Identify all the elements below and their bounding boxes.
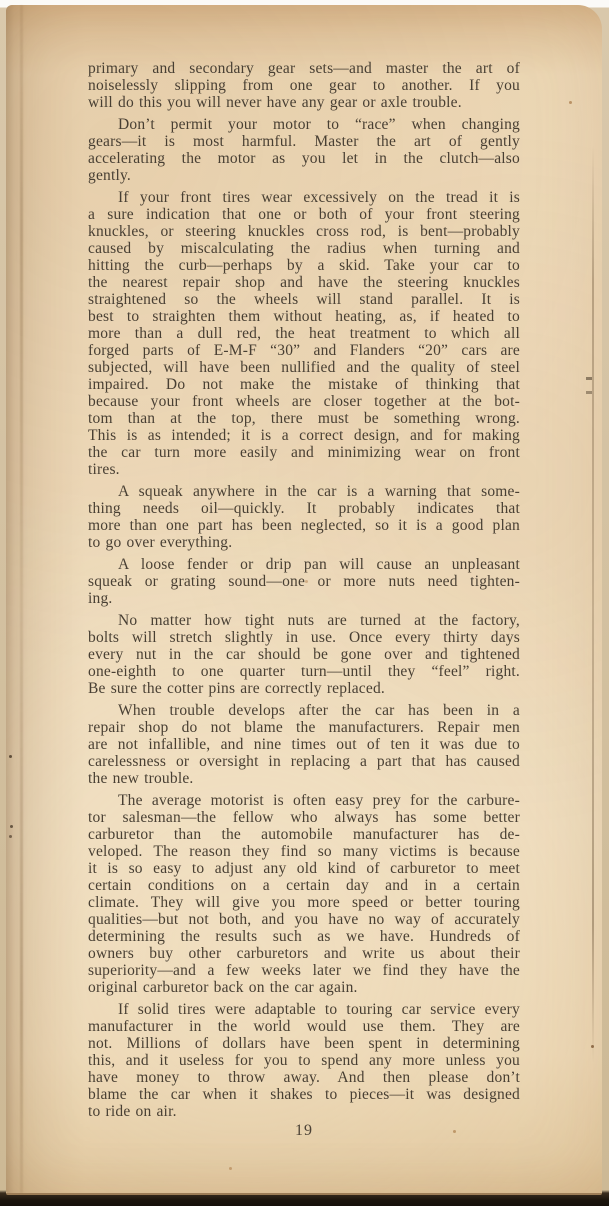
text-line: If your front tires wear excessively on … [88,189,520,206]
text-line: tires. [88,461,520,478]
paragraph: A squeak anywhere in the car is a warnin… [88,483,520,551]
binding-stitch-dots [9,755,12,758]
text-line: ing. [88,590,520,607]
binding-shadow [6,5,86,1193]
text-line: veloped. The reason they find so many vi… [88,843,520,860]
text-line: a sure indication that one or both of yo… [88,206,520,223]
text-line: The average motorist is often easy prey … [88,792,520,809]
text-line: every nut in the car should be gone over… [88,646,520,663]
paragraph: A loose fender or drip pan will cause an… [88,556,520,607]
text-line: certain conditions on a certain day and … [88,877,520,894]
text-line: impaired. Do not make the mistake of thi… [88,376,520,393]
text-line: tom than at the top, there must be somet… [88,410,520,427]
text-line: A loose fender or drip pan will cause an… [88,556,520,573]
text-line: subjected, will have been nullified and … [88,359,520,376]
text-line: because your front wheels are closer tog… [88,393,520,410]
text-line: qualities—but not both, and you have no … [88,911,520,928]
text-line: forged parts of E-M-F “30” and Flanders … [88,342,520,359]
text-line: superiority—and a few weeks later we fin… [88,962,520,979]
text-line: carburetor than the automobile manufactu… [88,826,520,843]
text-line: the nearest repair shop and have the ste… [88,274,520,291]
text-line: to ride on air. [88,1103,520,1120]
page-right-edge [592,145,594,1063]
text-line: gears—it is most harmful. Master the art… [88,133,520,150]
text-line: A squeak anywhere in the car is a warnin… [88,483,520,500]
text-line: will do this you will never have any gea… [88,94,520,111]
text-line: Don’t permit your motor to “race” when c… [88,116,520,133]
text-line: more than a dull red, the heat treatment… [88,325,520,342]
paragraph: If solid tires were adaptable to touring… [88,1001,520,1120]
text-line: squeak or grating sound—one or more nuts… [88,573,520,590]
text-line: When trouble develops after the car has … [88,702,520,719]
text-block: primary and secondary gear sets—and mast… [88,60,520,1125]
text-line: owners buy other carburetors and write u… [88,945,520,962]
text-line: the new trouble. [88,770,520,787]
text-line: No matter how tight nuts are turned at t… [88,612,520,629]
text-line: one-eighth to one quarter turn—until the… [88,663,520,680]
text-line: If solid tires were adaptable to touring… [88,1001,520,1018]
text-line: are not infallible, and nine times out o… [88,736,520,753]
text-line: thing needs oil—quickly. It probably ind… [88,500,520,517]
text-line: primary and secondary gear sets—and mast… [88,60,520,77]
paragraph: primary and secondary gear sets—and mast… [88,60,520,111]
text-line: original carburetor back on the car agai… [88,979,520,996]
text-line: bolts will stretch slightly in use. Once… [88,629,520,646]
paragraph: If your front tires wear excessively on … [88,189,520,478]
text-line: straightened so the wheels will stand pa… [88,291,520,308]
paragraph: No matter how tight nuts are turned at t… [88,612,520,697]
text-line: carelessness or oversight in replacing a… [88,753,520,770]
text-line: repair shop do not blame the manufacture… [88,719,520,736]
text-line: climate. They will give you more speed o… [88,894,520,911]
text-line: best to straighten them without heating,… [88,308,520,325]
text-line: not. Millions of dollars have been spent… [88,1035,520,1052]
text-line: determining the results such as we have.… [88,928,520,945]
text-line: This is as intended; it is a correct des… [88,427,520,444]
text-line: have money to throw away. And then pleas… [88,1069,520,1086]
text-line: this, and it useless for you to spend an… [88,1052,520,1069]
text-line: the car turn more easily and minimizing … [88,444,520,461]
text-line: caused by miscalculating the radius when… [88,240,520,257]
paragraph: When trouble develops after the car has … [88,702,520,787]
text-line: to go over everything. [88,534,520,551]
text-line: more than one part has been neglected, s… [88,517,520,534]
paragraph: Don’t permit your motor to “race” when c… [88,116,520,184]
binding-crease [20,5,23,1193]
text-line: hitting the curb—perhaps by a skid. Take… [88,257,520,274]
text-line: noiselessly slipping from one gear to an… [88,77,520,94]
page-edge-marks [586,377,592,380]
text-line: gently. [88,167,520,184]
text-line: tor salesman—the fellow who always has s… [88,809,520,826]
text-line: blame the car when it shakes to pieces—i… [88,1086,520,1103]
page-number: 19 [88,1122,520,1140]
paragraph: The average motorist is often easy prey … [88,792,520,996]
paper-specks [569,101,572,104]
text-line: Be sure the cotter pins are correctly re… [88,680,520,697]
text-line: manufacturer in the world would use them… [88,1018,520,1035]
text-line: accelerating the motor as you let in the… [88,150,520,167]
text-line: knuckles, or steering knuckles cross rod… [88,223,520,240]
text-line: it is so easy to adjust any old kind of … [88,860,520,877]
